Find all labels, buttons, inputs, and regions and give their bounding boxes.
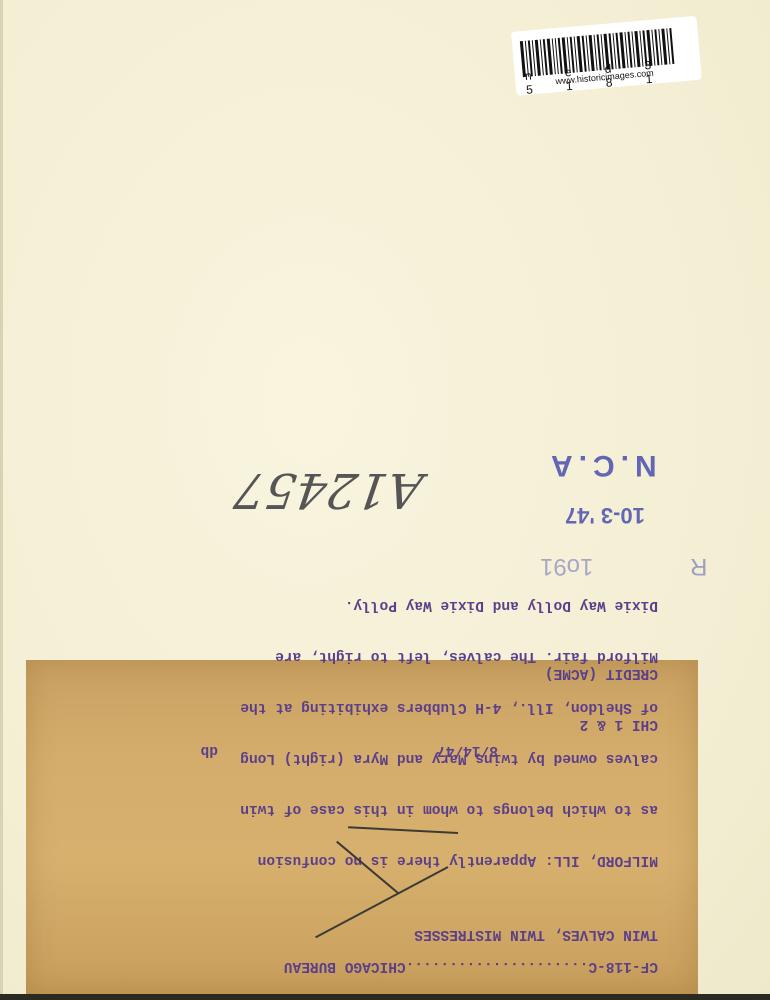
- caption-slip: CF-118-C.....................CHICAGO BUR…: [26, 660, 698, 994]
- bureau-line: CF-118-C.....................CHICAGO BUR…: [284, 957, 658, 974]
- caption-line: MILFORD, ILL: Apparently there is no con…: [240, 851, 658, 868]
- chi-credit-block: CHI 1 & 2 CREDIT (ACME): [545, 630, 658, 766]
- date-stamp: 10-3 '47: [565, 502, 645, 528]
- handwritten-number: A12457: [231, 462, 426, 518]
- agency-stamp: N.C.A: [545, 448, 657, 482]
- scan-edge-left: [0, 0, 3, 1000]
- caption-title: TWIN CALVES, TWIN MISTRESSES: [414, 925, 658, 942]
- caption-line: as to which belongs to whom in this case…: [240, 800, 658, 817]
- caption-line: Dixie Way Dolly and Dixie Way Polly.: [240, 596, 658, 613]
- scan-edge-bottom: [0, 994, 770, 1000]
- ref-stamp: R: [690, 552, 707, 580]
- caption-date: 8/14/47: [437, 741, 498, 758]
- chi-line: CHI 1 & 2: [545, 715, 658, 732]
- caption-initials: db: [201, 741, 218, 758]
- credit-line: CREDIT (ACME): [545, 664, 658, 681]
